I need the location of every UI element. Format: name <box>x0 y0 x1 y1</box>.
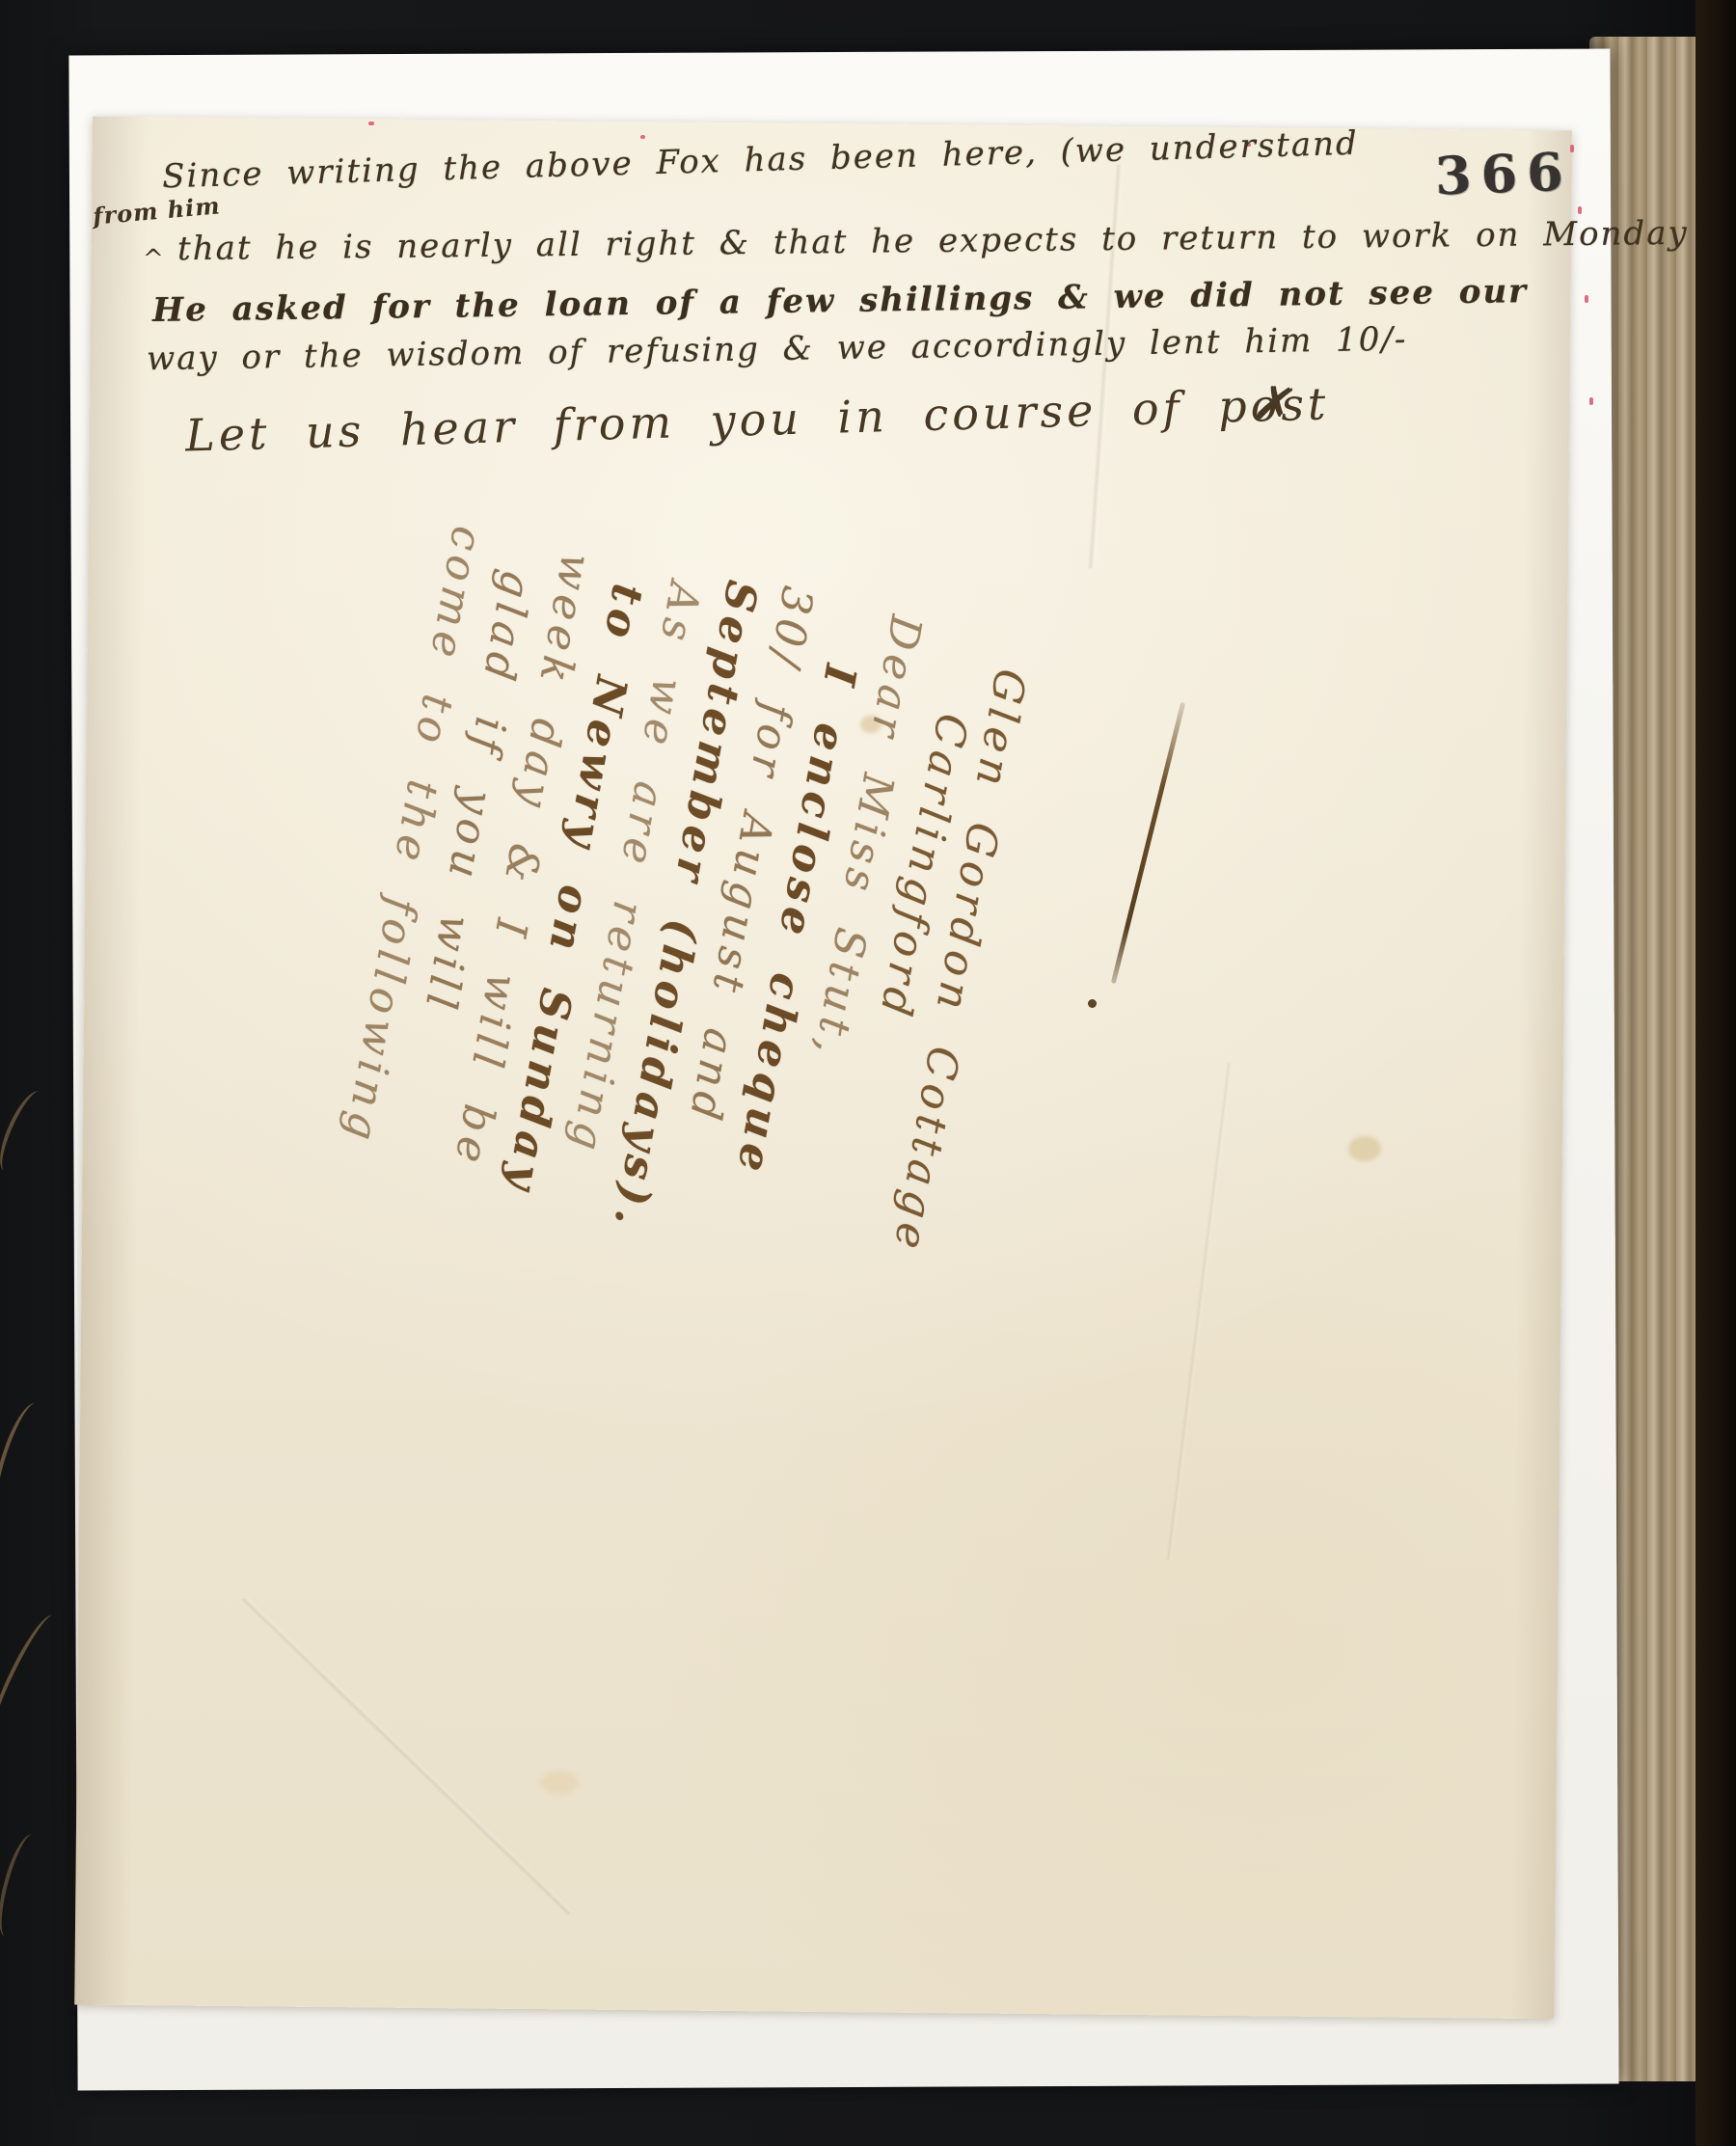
adjacent-page-ink-fragment <box>0 1086 53 1177</box>
adjacent-page-ink-fragment <box>0 1610 65 1743</box>
paper-stain <box>1348 1136 1381 1161</box>
red-binding-speck <box>1578 206 1582 214</box>
memo-caret: ^ <box>143 245 164 274</box>
book-cover-edge <box>1695 0 1736 2146</box>
adjacent-page-ink-fragment <box>0 1831 48 1942</box>
paper-stain <box>540 1771 579 1794</box>
pen-flourish-dot <box>1088 999 1097 1008</box>
red-binding-speck <box>1585 295 1588 303</box>
red-binding-speck <box>368 122 374 125</box>
page-number-stamp: 366 <box>1434 141 1574 207</box>
manuscript-photo: 366 Since writing the above Fox has been… <box>0 0 1736 2146</box>
red-binding-speck <box>1589 397 1593 405</box>
red-binding-speck <box>640 135 645 139</box>
adjacent-page-ink-fragment <box>0 1399 52 1519</box>
